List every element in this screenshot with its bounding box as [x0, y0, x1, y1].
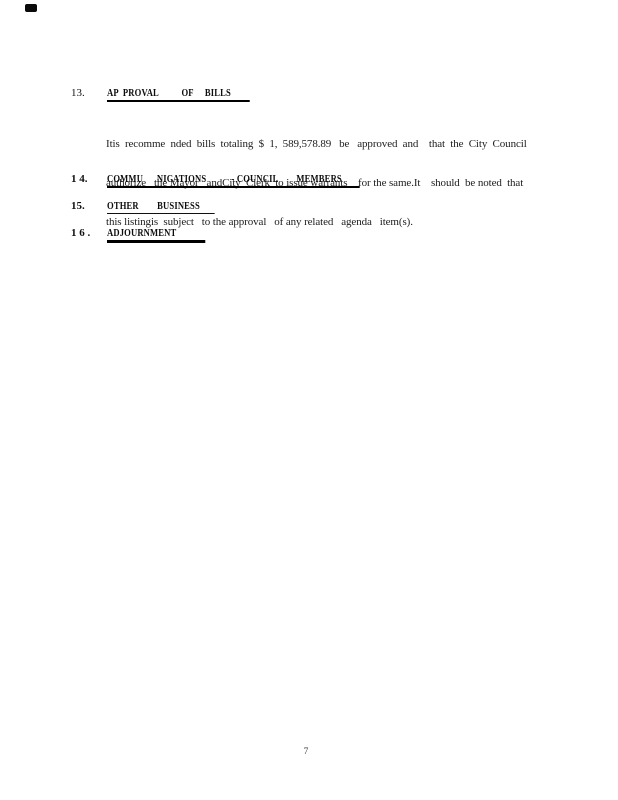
item-14-number: 1 4.	[71, 173, 88, 185]
page-number: 7	[0, 747, 612, 757]
item-14-heading: COMMU NICATIONS - COUNCIL MEMBERS	[107, 173, 360, 188]
item-16-heading: ADJOURNMENT	[107, 227, 205, 243]
agenda-item-14: 1 4. COMMU NICATIONS - COUNCIL MEMBERS	[0, 173, 618, 189]
document-page: 13. AP PROVAL OF BILLS Itis recomme nded…	[0, 0, 618, 800]
agenda-item-16: 1 6 . ADJOURNMENT	[0, 227, 618, 243]
scan-artifact-mark	[25, 4, 37, 12]
item-15-number: 15.	[71, 200, 85, 212]
item-15-heading: OTHER BUSINESS	[107, 200, 215, 214]
item-13-heading: AP PROVAL OF BILLS	[107, 87, 250, 102]
item-13-number: 13.	[71, 87, 85, 99]
body-line-1: Itis recomme nded bills totaling $ 1, 58…	[106, 138, 566, 151]
item-16-number: 1 6 .	[71, 227, 90, 239]
agenda-item-13: 13. AP PROVAL OF BILLS	[0, 87, 618, 103]
agenda-item-15: 15. OTHER BUSINESS	[0, 200, 618, 216]
